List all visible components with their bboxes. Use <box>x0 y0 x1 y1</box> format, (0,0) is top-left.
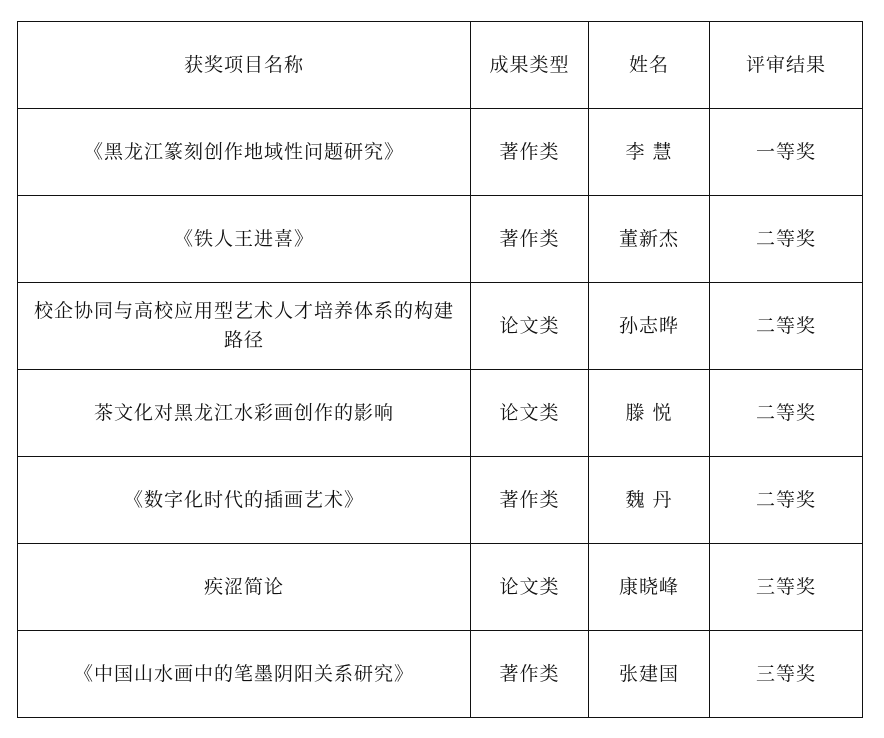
cell-result: 三等奖 <box>710 631 863 718</box>
table-row: 《铁人王进喜》 著作类 董新杰 二等奖 <box>18 196 863 283</box>
header-person-name: 姓名 <box>589 22 710 109</box>
cell-name: 董新杰 <box>589 196 710 283</box>
table-row: 茶文化对黑龙江水彩画创作的影响 论文类 滕 悦 二等奖 <box>18 370 863 457</box>
cell-type: 论文类 <box>471 544 589 631</box>
cell-name: 张建国 <box>589 631 710 718</box>
cell-type: 论文类 <box>471 370 589 457</box>
table-row: 《数字化时代的插画艺术》 著作类 魏 丹 二等奖 <box>18 457 863 544</box>
cell-result: 二等奖 <box>710 457 863 544</box>
cell-project: 校企协同与高校应用型艺术人才培养体系的构建路径 <box>18 283 471 370</box>
cell-project: 《数字化时代的插画艺术》 <box>18 457 471 544</box>
cell-project: 《铁人王进喜》 <box>18 196 471 283</box>
cell-project: 《中国山水画中的笔墨阴阳关系研究》 <box>18 631 471 718</box>
cell-result: 二等奖 <box>710 283 863 370</box>
cell-name: 李 慧 <box>589 109 710 196</box>
cell-name: 康晓峰 <box>589 544 710 631</box>
cell-type: 著作类 <box>471 457 589 544</box>
cell-name: 滕 悦 <box>589 370 710 457</box>
table-header-row: 获奖项目名称 成果类型 姓名 评审结果 <box>18 22 863 109</box>
table-row: 《黑龙江篆刻创作地域性问题研究》 著作类 李 慧 一等奖 <box>18 109 863 196</box>
cell-type: 论文类 <box>471 283 589 370</box>
table-row: 疾涩简论 论文类 康晓峰 三等奖 <box>18 544 863 631</box>
header-review-result: 评审结果 <box>710 22 863 109</box>
cell-name: 孙志晔 <box>589 283 710 370</box>
table-row: 校企协同与高校应用型艺术人才培养体系的构建路径 论文类 孙志晔 二等奖 <box>18 283 863 370</box>
cell-result: 二等奖 <box>710 370 863 457</box>
header-result-type: 成果类型 <box>471 22 589 109</box>
header-project-name: 获奖项目名称 <box>18 22 471 109</box>
cell-type: 著作类 <box>471 631 589 718</box>
cell-name: 魏 丹 <box>589 457 710 544</box>
cell-result: 三等奖 <box>710 544 863 631</box>
cell-result: 一等奖 <box>710 109 863 196</box>
awards-table: 获奖项目名称 成果类型 姓名 评审结果 《黑龙江篆刻创作地域性问题研究》 著作类… <box>17 21 863 718</box>
table-row: 《中国山水画中的笔墨阴阳关系研究》 著作类 张建国 三等奖 <box>18 631 863 718</box>
cell-project: 疾涩简论 <box>18 544 471 631</box>
cell-type: 著作类 <box>471 196 589 283</box>
cell-result: 二等奖 <box>710 196 863 283</box>
cell-type: 著作类 <box>471 109 589 196</box>
cell-project: 茶文化对黑龙江水彩画创作的影响 <box>18 370 471 457</box>
cell-project: 《黑龙江篆刻创作地域性问题研究》 <box>18 109 471 196</box>
